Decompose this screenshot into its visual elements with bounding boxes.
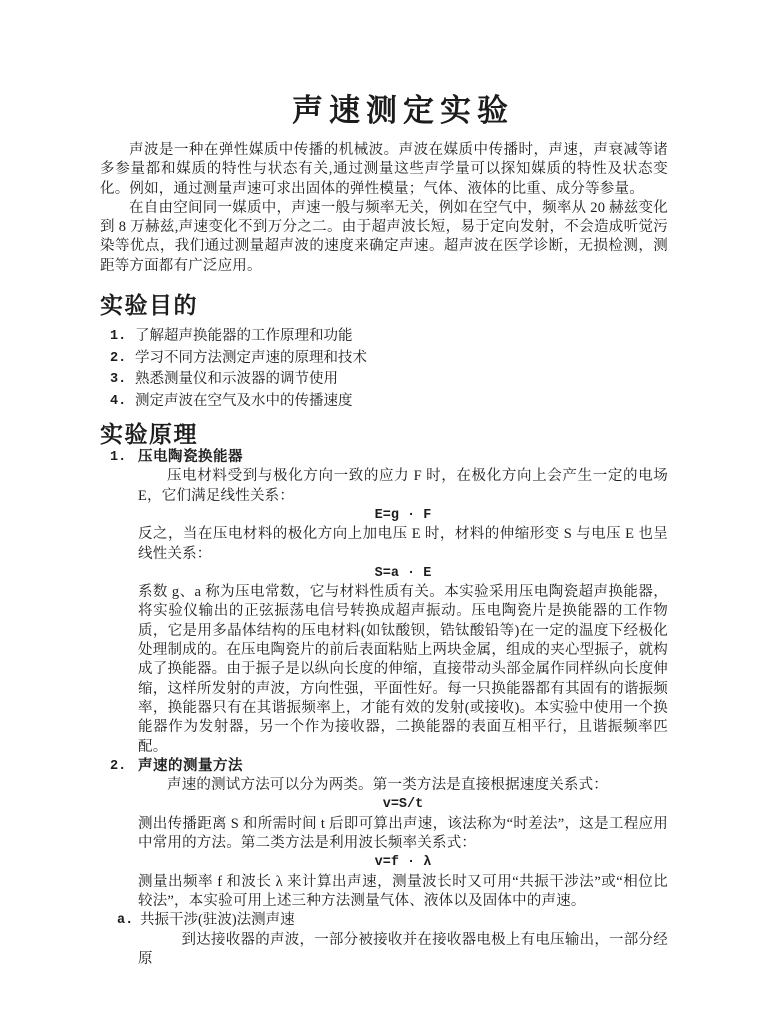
- principle-item-1-title-row: 1. 压电陶瓷换能器: [100, 448, 668, 467]
- principle-item-1-paragraph-2: 反之，当在压电材料的极化方向上加电压 E 时，材料的伸缩形变 S 与电压 E 也…: [138, 525, 668, 564]
- formula-s-ae: S=a · E: [138, 564, 668, 583]
- principle-item-1-body: 压电材料受到与极化方向一致的应力 F 时，在极化方向上会产生一定的电场 E，它们…: [138, 467, 668, 756]
- principle-item-2-title-row: 2. 声速的测量方法: [100, 757, 668, 776]
- purpose-item-4-number: 4.: [110, 391, 135, 413]
- document-title: 声速测定实验: [100, 92, 668, 130]
- principle-item-2-paragraph-3: 测量出频率 f 和波长 λ 来计算出声速，测量波长时又可用“共振干涉法”或“相位…: [138, 873, 668, 912]
- purpose-item-3: 3. 熟悉测量仪和示波器的调节使用: [110, 369, 668, 391]
- principle-sub-item-a-paragraph: 到达接收器的声波，一部分被接收并在接收器电极上有电压输出，一部分经原: [138, 931, 668, 970]
- principle-item-2-number: 2.: [110, 757, 138, 776]
- formula-v-st: v=S/t: [138, 795, 668, 814]
- section-heading-purpose: 实验目的: [100, 291, 668, 319]
- principle-item-1-title: 压电陶瓷换能器: [138, 448, 243, 467]
- principle-item-2-paragraph-2: 测出传播距离 S 和所需时间 t 后即可算出声速，该法称为“时差法”，这是工程应…: [138, 815, 668, 854]
- section-heading-principle: 实验原理: [100, 420, 668, 448]
- purpose-list: 1. 了解超声换能器的工作原理和功能 2. 学习不同方法测定声速的原理和技术 3…: [100, 326, 668, 412]
- principle-item-1-paragraph-1: 压电材料受到与极化方向一致的应力 F 时，在极化方向上会产生一定的电场 E，它们…: [138, 467, 668, 506]
- principle-sub-item-a-row: a. 共振干涉(驻波)法测声速: [117, 911, 668, 930]
- purpose-item-4-text: 测定声波在空气及水中的传播速度: [135, 391, 353, 413]
- document-page: 声速测定实验 声波是一种在弹性媒质中传播的机械波。声波在媒质中传播时，声速，声衰…: [0, 0, 768, 1024]
- principle-item-1-paragraph-3: 系数 g、a 称为压电常数，它与材料性质有关。本实验采用压电陶瓷超声换能器，将实…: [138, 583, 668, 757]
- formula-e-gf: E=g · F: [138, 506, 668, 525]
- purpose-item-2-text: 学习不同方法测定声速的原理和技术: [135, 348, 367, 370]
- principle-item-2-body: 声速的测试方法可以分为两类。第一类方法是直接根据速度关系式： v=S/t 测出传…: [138, 776, 668, 969]
- purpose-item-1-text: 了解超声换能器的工作原理和功能: [135, 326, 353, 348]
- purpose-item-4: 4. 测定声波在空气及水中的传播速度: [110, 391, 668, 413]
- intro-paragraph-1: 声波是一种在弹性媒质中传播的机械波。声波在媒质中传播时，声速，声衰减等诸多参量都…: [100, 141, 668, 199]
- purpose-item-2: 2. 学习不同方法测定声速的原理和技术: [110, 348, 668, 370]
- purpose-item-2-number: 2.: [110, 348, 135, 370]
- intro-paragraph-2: 在自由空间同一媒质中，声速一般与频率无关，例如在空气中，频率从 20 赫兹变化到…: [100, 199, 668, 276]
- principle-item-1: 1. 压电陶瓷换能器 压电材料受到与极化方向一致的应力 F 时，在极化方向上会产…: [100, 448, 668, 757]
- principle-item-2: 2. 声速的测量方法 声速的测试方法可以分为两类。第一类方法是直接根据速度关系式…: [100, 757, 668, 969]
- formula-v-f-lambda: v=f · λ: [138, 853, 668, 872]
- principle-sub-item-a-number: a.: [117, 911, 140, 930]
- principle-sub-item-a-title: 共振干涉(驻波)法测声速: [140, 911, 295, 930]
- purpose-item-1-number: 1.: [110, 326, 135, 348]
- principle-item-1-number: 1.: [110, 448, 138, 467]
- purpose-item-3-number: 3.: [110, 369, 135, 391]
- purpose-item-3-text: 熟悉测量仪和示波器的调节使用: [135, 369, 338, 391]
- principle-item-2-title: 声速的测量方法: [138, 757, 243, 776]
- principle-item-2-paragraph-1: 声速的测试方法可以分为两类。第一类方法是直接根据速度关系式：: [138, 776, 668, 795]
- purpose-item-1: 1. 了解超声换能器的工作原理和功能: [110, 326, 668, 348]
